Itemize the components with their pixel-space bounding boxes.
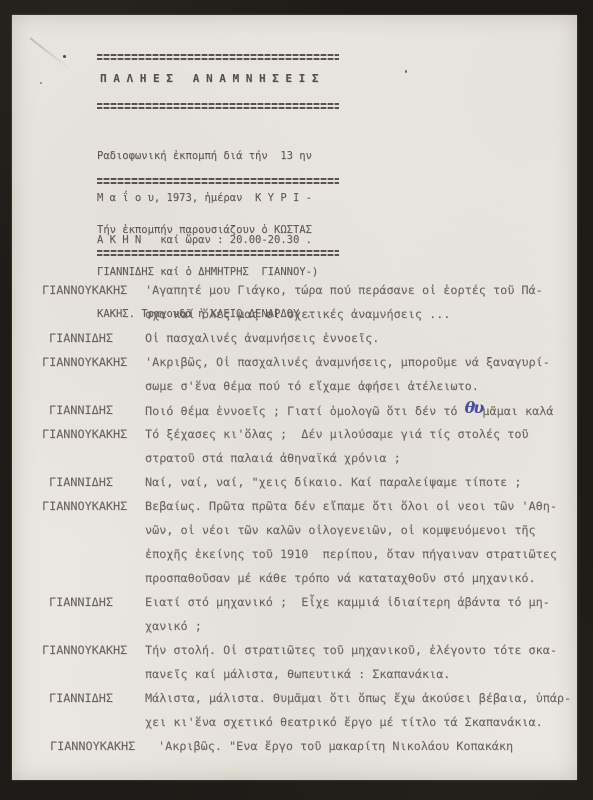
dialogue-entry: ΓΙΑΝΝΟΥΚΑΚΗΣΤήν στολή. Οἱ στρατιῶτες τοῦ… [12, 638, 577, 686]
dialogue-entry: ΓΙΑΝΝΟΥΚΑΚΗΣ'Ακριβῶς, Οἱ πασχαλινές ἀναμ… [12, 350, 577, 398]
speech-text: Τό ξέχασες κι'ὅλας ; Δέν μιλούσαμε γιά τ… [145, 422, 577, 470]
speaker-name: ΓΙΑΝΝΟΥΚΑΚΗΣ [42, 638, 127, 662]
paper-speck [40, 82, 42, 84]
speaker-name: ΓΙΑΝΝΟΥΚΑΚΗΣ [42, 350, 127, 374]
presenters-info-line: ΓΙΑΝΝΙΔΗΣ καί ὁ ΔΗΜΗΤΡΗΣ ΓΙΑΝΝΟΥ-) [97, 265, 318, 279]
speech-line: Ποιό θέμα ἐννοεῖς ; Γιατί ὁμολογῶ ὅτι δέ… [145, 398, 577, 422]
speaker-name: ΓΙΑΝΝΟΥΚΑΚΗΣ [50, 734, 135, 758]
speaker-name: ΓΙΑΝΝΙΔΗΣ [49, 470, 113, 494]
speech-text: Ποιό θέμα ἐννοεῖς ; Γιατί ὁμολογῶ ὅτι δέ… [145, 398, 577, 422]
speech-line: 'Ακριβῶς. "Ενα ἔργο τοῦ μακαρίτη Νικολάο… [158, 734, 577, 758]
speech-line: Ειατί στό μηχανικό ; Εἶχε καμμιά ἰδιαίτε… [145, 590, 577, 614]
divider-rule-top [97, 54, 339, 60]
speech-line: προσπαθοῦσαν μέ κάθε τρόπο νά καταταχθοῦ… [145, 566, 577, 590]
speech-line: χανικό ; [145, 614, 577, 638]
speech-line: πανεῖς καί μάλιστα, θωπευτικά : Σκαπανάκ… [145, 662, 577, 686]
speech-text: Οἱ πασχαλινές ἀναμνήσεις ἐννοεῖς. [145, 326, 577, 350]
speech-line: 'Αγαπητέ μου Γιάγκο, τώρα πού περάσανε ο… [145, 278, 577, 302]
speech-line: χει κι'ἕνα σχετικό θεατρικό ἔργο μέ τίτλ… [145, 710, 577, 734]
speech-text: Μάλιστα, μάλιστα. Θυμᾶμαι ὅτι ὅπως ἔχω ἀ… [145, 686, 577, 734]
speech-line: Μάλιστα, μάλιστα. Θυμᾶμαι ὅτι ὅπως ἔχω ἀ… [145, 686, 577, 710]
presenters-info-line: Τήν ἐκπομπήν παρουσιάζουν ὁ ΚΩΣΤΑΣ [97, 223, 318, 237]
divider-rule-bottom [97, 250, 339, 256]
page-title: Π Α Λ Η Ε Σ Α Ν Α Μ Ν Η Σ Ε Ι Σ [100, 72, 319, 85]
speech-line: ἐποχῆς ἐκείνης τοῦ 1910 περίπου, ὅταν πή… [145, 542, 577, 566]
dialogue-transcript: ΓΙΑΝΝΟΥΚΑΚΗΣ'Αγαπητέ μου Γιάγκο, τώρα πο… [12, 278, 577, 758]
speech-line: 'Ακριβῶς, Οἱ πασχαλινές ἀναμνήσεις, μπορ… [145, 350, 577, 374]
speaker-name: ΓΙΑΝΝΙΔΗΣ [49, 398, 113, 422]
dialogue-entry: ΓΙΑΝΝΟΥΚΑΚΗΣ'Ακριβῶς. "Ενα ἔργο τοῦ μακα… [12, 734, 577, 758]
speech-line: Τό ξέχασες κι'ὅλας ; Δέν μιλούσαμε γιά τ… [145, 422, 577, 446]
handwritten-ink-correction: θυ [465, 398, 483, 417]
speech-text: Τήν στολή. Οἱ στρατιῶτες τοῦ μηχανικοῦ, … [145, 638, 577, 686]
speech-line: σχα καί ὅλες μας οἱ σχετικές ἀναμνήσεις … [145, 302, 577, 326]
scanned-typewritten-page: Π Α Λ Η Ε Σ Α Ν Α Μ Ν Η Σ Ε Ι Σ Ραδιοφων… [12, 15, 577, 780]
speech-line: Τήν στολή. Οἱ στρατιῶτες τοῦ μηχανικοῦ, … [145, 638, 577, 662]
speaker-name: ΓΙΑΝΝΟΥΚΑΚΗΣ [42, 278, 127, 302]
speaker-name: ΓΙΑΝΝΙΔΗΣ [49, 326, 113, 350]
speech-line: σωμε σ'ἕνα θέμα πού τό εἴχαμε ἀφήσει ἀτέ… [145, 374, 577, 398]
speaker-name: ΓΙΑΝΝΟΥΚΑΚΗΣ [42, 422, 127, 446]
dialogue-entry: ΓΙΑΝΝΙΔΗΣΝαί, ναί, ναί, "χεις δίκαιο. Κα… [12, 470, 577, 494]
dialogue-entry: ΓΙΑΝΝΙΔΗΣΠοιό θέμα ἐννοεῖς ; Γιατί ὁμολο… [12, 398, 577, 422]
speech-text: Βεβαίως. Πρῶτα πρῶτα δέν εἴπαμε ὅτι ὅλοι… [145, 494, 577, 590]
paper-crease [29, 37, 71, 71]
paper-speck [405, 70, 407, 73]
speaker-name: ΓΙΑΝΝΟΥΚΑΚΗΣ [42, 494, 127, 518]
dialogue-entry: ΓΙΑΝΝΟΥΚΑΚΗΣΒεβαίως. Πρῶτα πρῶτα δέν εἴπ… [12, 494, 577, 590]
dialogue-entry: ΓΙΑΝΝΙΔΗΣΟἱ πασχαλινές ἀναμνήσεις ἐννοεῖ… [12, 326, 577, 350]
paper-speck [63, 55, 66, 58]
speech-text: 'Αγαπητέ μου Γιάγκο, τώρα πού περάσανε ο… [145, 278, 577, 326]
divider-rule-mid [97, 178, 339, 184]
broadcast-info-line: Ραδιοφωνική ἐκπομπή διά τήν 13 ην [97, 149, 312, 163]
speech-line: Βεβαίως. Πρῶτα πρῶτα δέν εἴπαμε ὅτι ὅλοι… [145, 494, 577, 518]
dialogue-entry: ΓΙΑΝΝΟΥΚΑΚΗΣΤό ξέχασες κι'ὅλας ; Δέν μιλ… [12, 422, 577, 470]
speech-text: 'Ακριβῶς, Οἱ πασχαλινές ἀναμνήσεις, μπορ… [145, 350, 577, 398]
speech-text: Ναί, ναί, ναί, "χεις δίκαιο. Καί παραλεί… [145, 470, 577, 494]
divider-rule-under-title [97, 103, 339, 109]
speaker-name: ΓΙΑΝΝΙΔΗΣ [49, 686, 113, 710]
speech-text: 'Ακριβῶς. "Ενα ἔργο τοῦ μακαρίτη Νικολάο… [158, 734, 577, 758]
dialogue-entry: ΓΙΑΝΝΟΥΚΑΚΗΣ'Αγαπητέ μου Γιάγκο, τώρα πο… [12, 278, 577, 326]
speech-text: Ειατί στό μηχανικό ; Εἶχε καμμιά ἰδιαίτε… [145, 590, 577, 638]
dialogue-entry: ΓΙΑΝΝΙΔΗΣΜάλιστα, μάλιστα. Θυμᾶμαι ὅτι ὅ… [12, 686, 577, 734]
speech-line: νῶν, οἱ νέοι τῶν καλῶν οἰλογενειῶν, οἱ κ… [145, 518, 577, 542]
speech-line: στρατοῦ στά παλαιά ἀθηναϊκά χρόνια ; [145, 446, 577, 470]
speech-line: Οἱ πασχαλινές ἀναμνήσεις ἐννοεῖς. [145, 326, 577, 350]
speaker-name: ΓΙΑΝΝΙΔΗΣ [49, 590, 113, 614]
dialogue-entry: ΓΙΑΝΝΙΔΗΣΕιατί στό μηχανικό ; Εἶχε καμμι… [12, 590, 577, 638]
speech-line: Ναί, ναί, ναί, "χεις δίκαιο. Καί παραλεί… [145, 470, 577, 494]
